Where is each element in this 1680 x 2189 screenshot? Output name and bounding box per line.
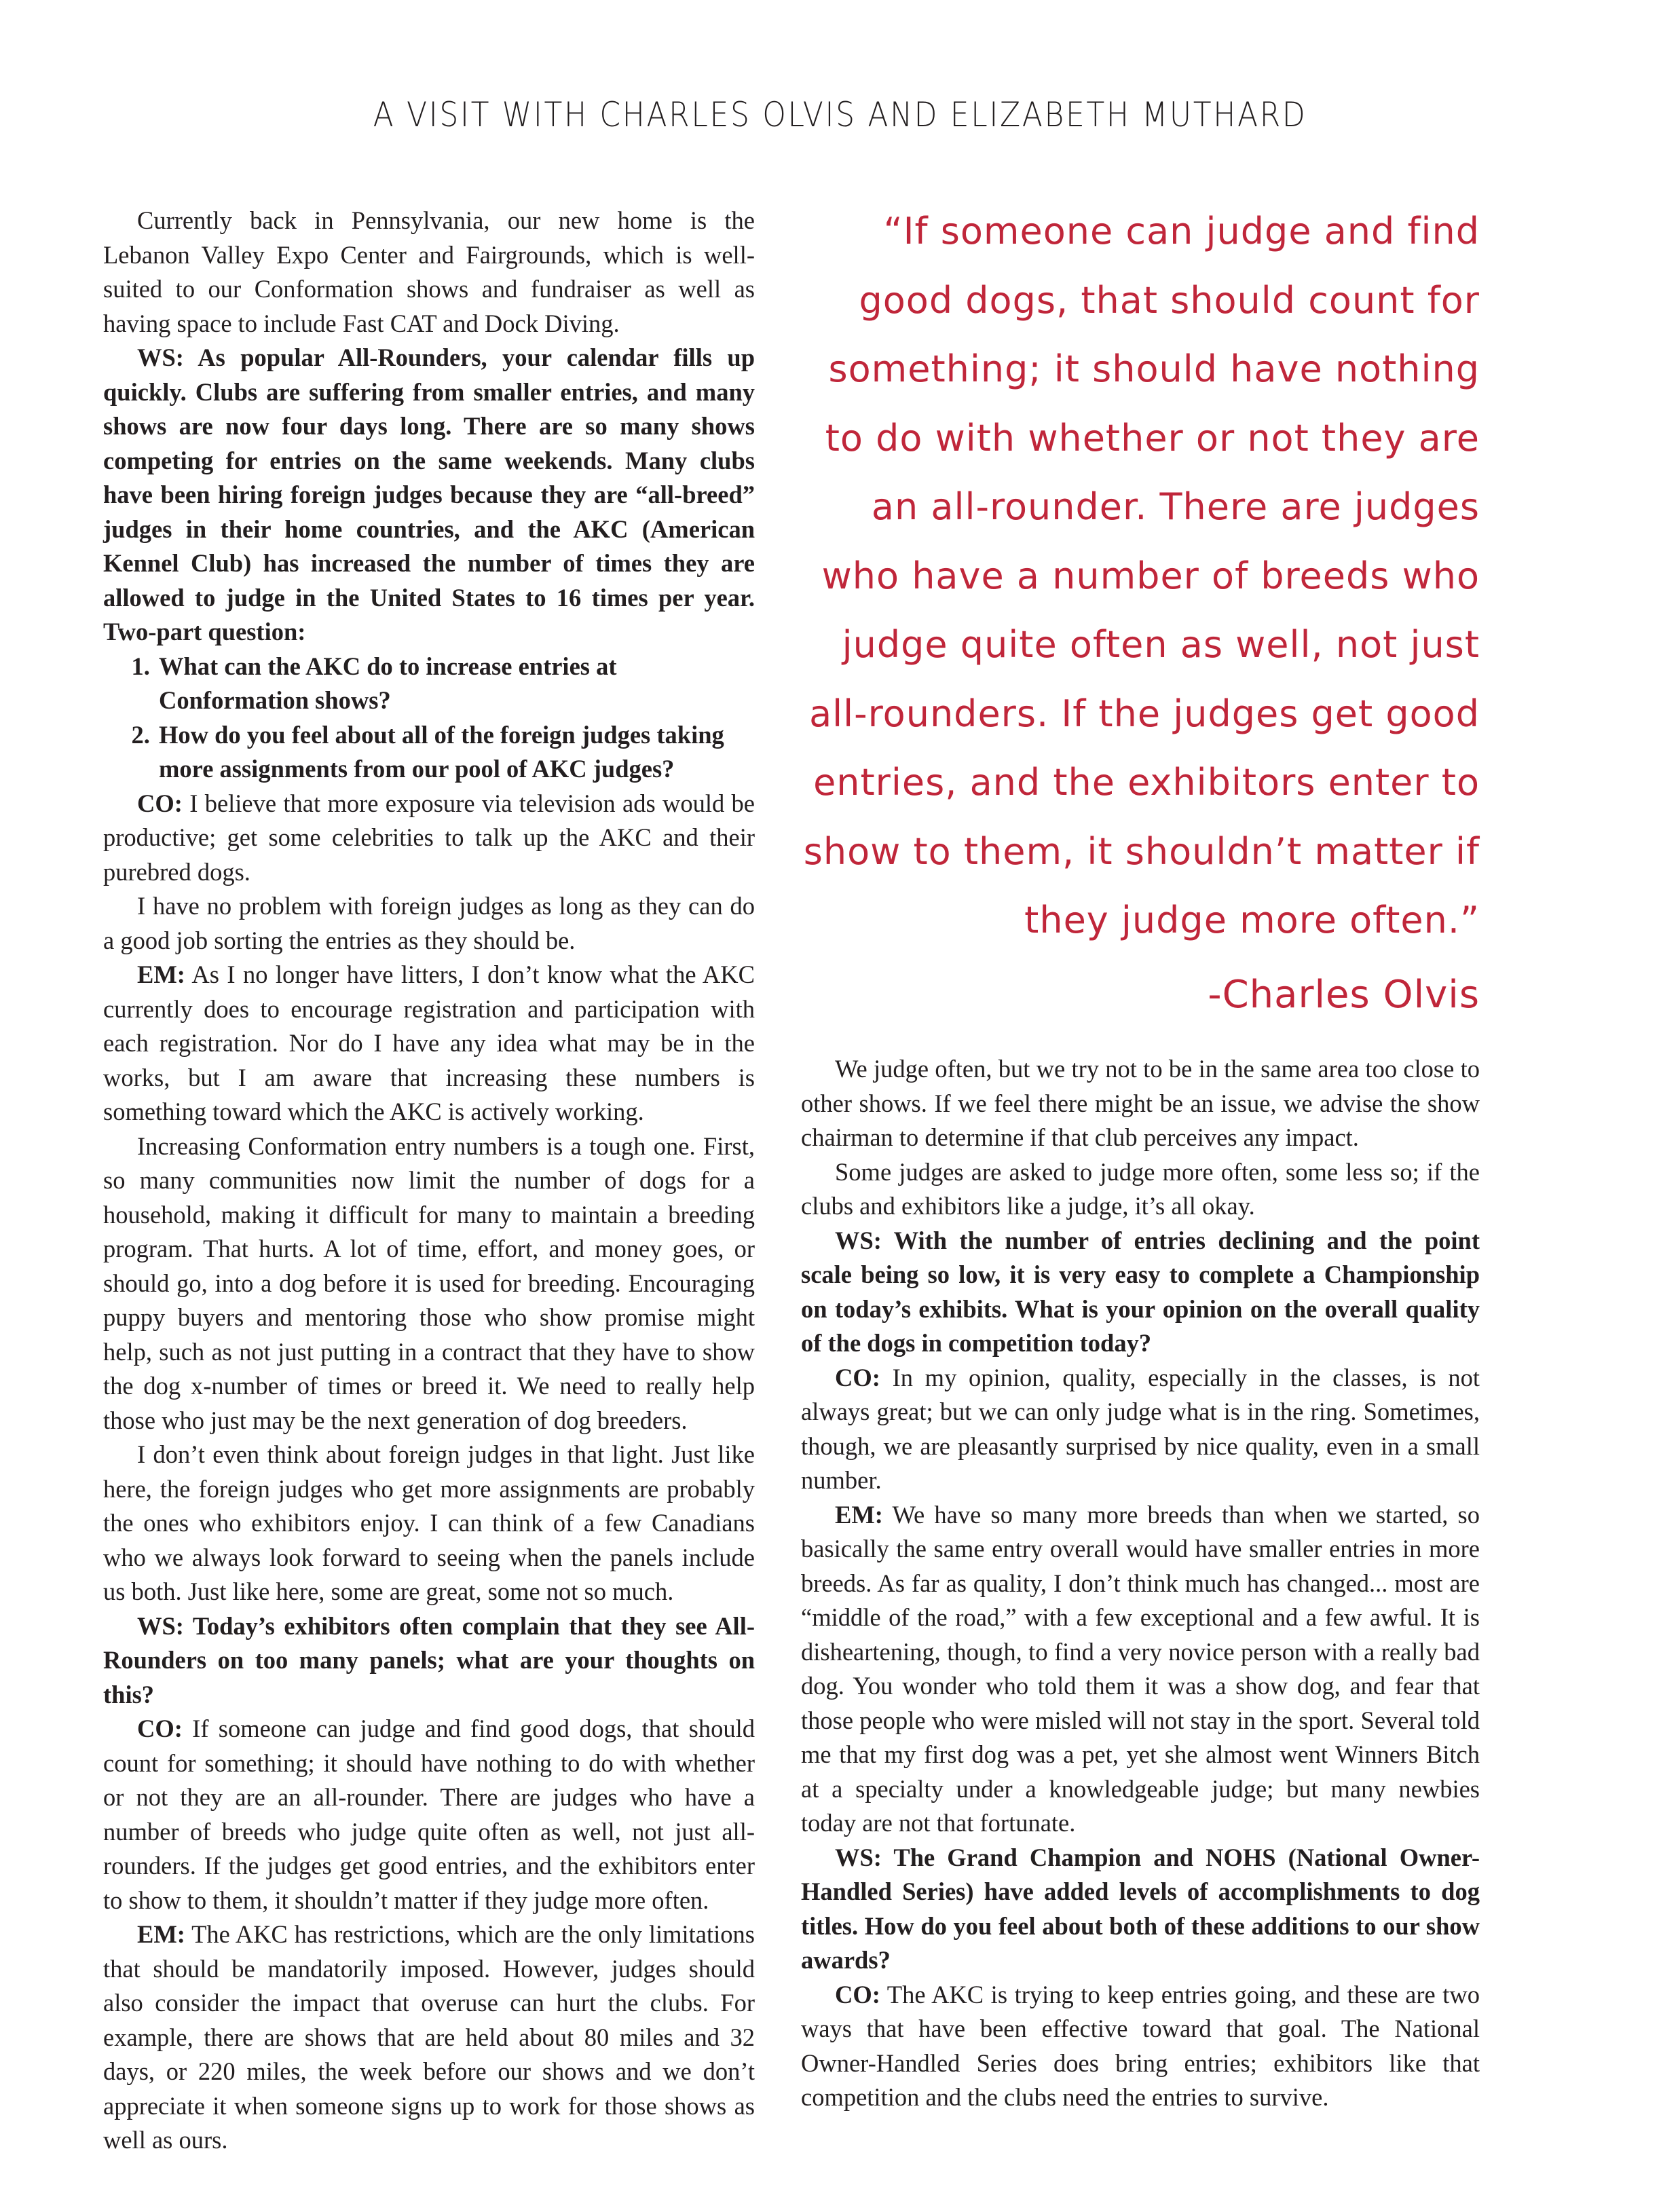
answer-em: EM: We have so many more breeds than whe…: [801, 1498, 1480, 1841]
answer-continued: Some judges are asked to judge more ofte…: [801, 1155, 1480, 1224]
answer-co: CO: In my opinion, quality, especially i…: [801, 1361, 1480, 1498]
speaker-label: EM:: [137, 1920, 185, 1948]
speaker-label: CO:: [835, 1364, 880, 1391]
answer-continued: We judge often, but we try not to be in …: [801, 1052, 1480, 1155]
speaker-label: CO:: [835, 1981, 880, 2008]
answer-co: CO: If someone can judge and find good d…: [103, 1712, 755, 1917]
question-item: What can the AKC do to increase entries …: [156, 650, 755, 718]
right-column: We judge often, but we try not to be in …: [801, 1052, 1480, 2115]
running-head-title: A VISIT WITH CHARLES OLVIS AND ELIZABETH…: [101, 95, 1580, 134]
left-column: Currently back in Pennsylvania, our new …: [103, 204, 755, 2158]
pull-quote-text: “If someone can judge and find good dogs…: [801, 197, 1480, 955]
speaker-label: CO:: [137, 1715, 183, 1742]
answer-em-continued: I don’t even think about foreign judges …: [103, 1438, 755, 1609]
speaker-label: EM:: [137, 960, 185, 988]
pull-quote-attribution: -Charles Olvis: [801, 960, 1480, 1030]
two-part-question-list: What can the AKC do to increase entries …: [103, 650, 755, 787]
answer-co: CO: The AKC is trying to keep entries go…: [801, 1978, 1480, 2115]
question-quality: WS: With the number of entries declining…: [801, 1224, 1480, 1361]
answer-co-continued: I have no problem with foreign judges as…: [103, 889, 755, 958]
intro-paragraph: Currently back in Pennsylvania, our new …: [103, 204, 755, 341]
pull-quote: “If someone can judge and find good dogs…: [801, 197, 1480, 1029]
question-grand-champion-nohs: WS: The Grand Champion and NOHS (Nationa…: [801, 1841, 1480, 1978]
question-item: How do you feel about all of the foreign…: [156, 718, 755, 787]
question-all-rounders-panels: WS: Today’s exhibitors often complain th…: [103, 1609, 755, 1713]
answer-em: EM: As I no longer have litters, I don’t…: [103, 958, 755, 1129]
answer-em: EM: The AKC has restrictions, which are …: [103, 1917, 755, 2158]
answer-em-continued: Increasing Conformation entry numbers is…: [103, 1129, 755, 1438]
answer-co: CO: I believe that more exposure via tel…: [103, 787, 755, 890]
question-all-rounders-calendar: WS: As popular All-Rounders, your calend…: [103, 341, 755, 650]
speaker-label: CO:: [137, 789, 183, 817]
speaker-label: EM:: [835, 1501, 883, 1529]
